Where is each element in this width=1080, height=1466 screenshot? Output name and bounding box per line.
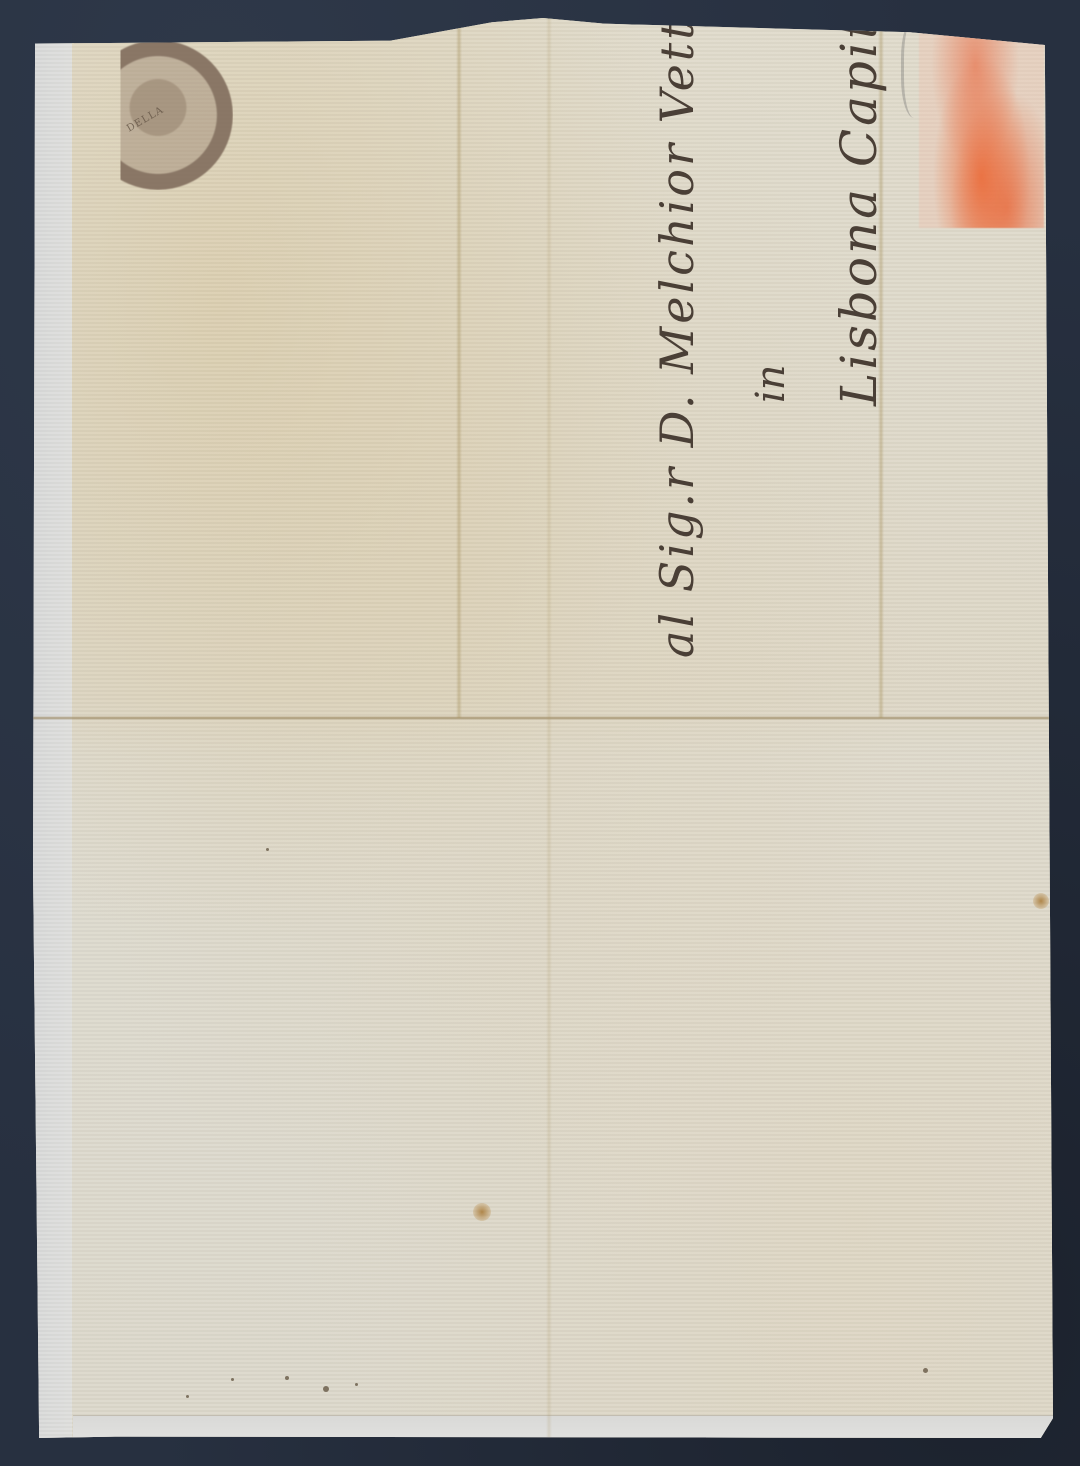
vertical-fold-line xyxy=(456,18,462,718)
spot xyxy=(231,1378,234,1381)
spot xyxy=(923,1368,928,1373)
spot xyxy=(285,1376,289,1380)
red-postal-stamp-icon xyxy=(919,23,1044,228)
address-city: Lisbona Capitale xyxy=(830,0,888,406)
bottom-margin-strip xyxy=(73,1415,1053,1438)
stain xyxy=(1033,893,1049,909)
spot xyxy=(323,1386,329,1392)
letter-sheet: DELLA al Sig.r D. Melchior Vettorovitz i… xyxy=(33,18,1053,1438)
left-margin-strip xyxy=(33,38,74,1438)
spot xyxy=(186,1395,189,1398)
address-recipient: al Sig.r D. Melchior Vettorovitz xyxy=(650,0,704,658)
spot xyxy=(355,1383,358,1386)
stain xyxy=(473,1203,491,1221)
vertical-fold-line xyxy=(546,18,552,1438)
address-preposition: in xyxy=(748,364,794,403)
horizontal-fold-line xyxy=(33,716,1053,720)
paper-surface xyxy=(72,18,1053,1438)
spot xyxy=(266,848,269,851)
